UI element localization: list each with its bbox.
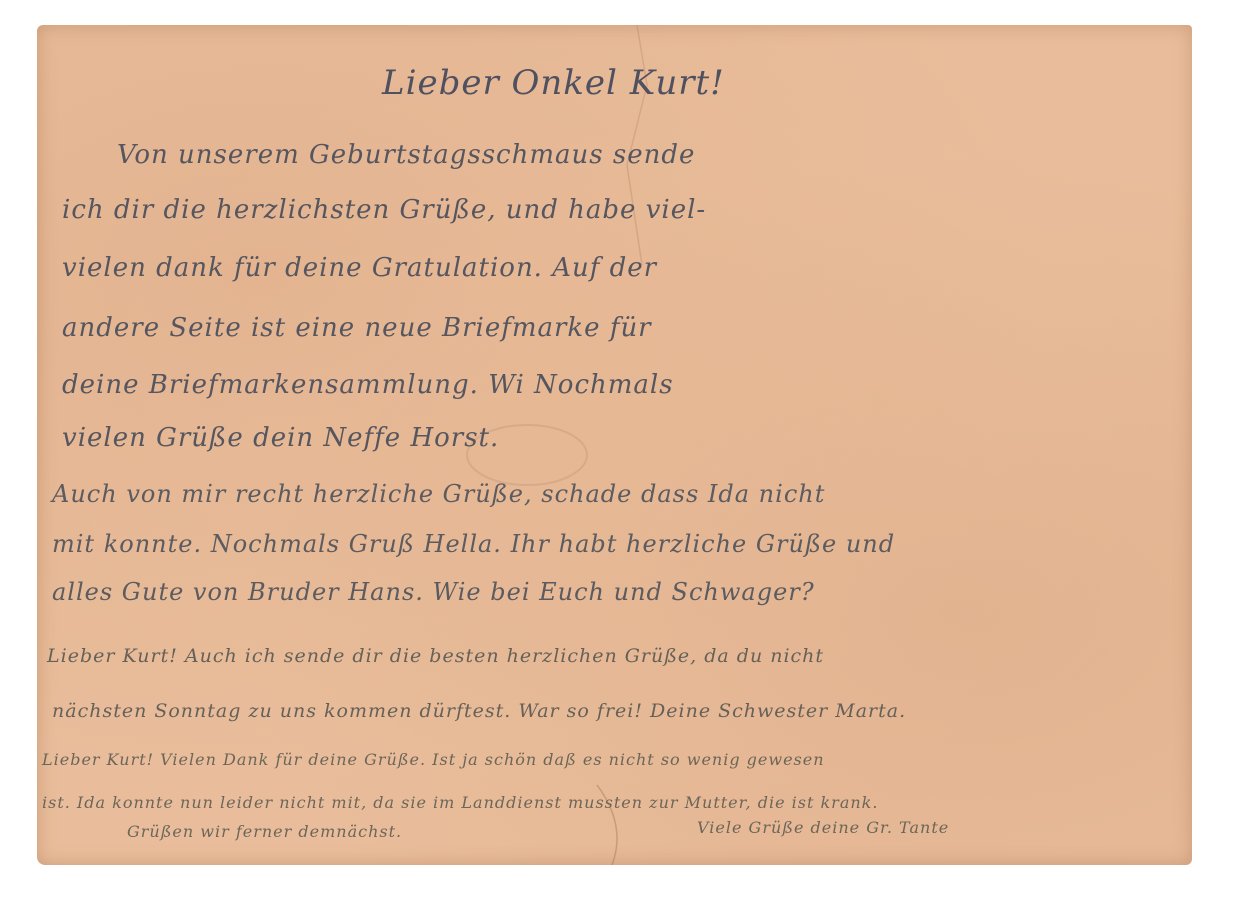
third-line-2: nächsten Sonntag zu uns kommen dürftest.…	[52, 700, 906, 722]
horst-line-3: vielen dank für deine Gratulation. Auf d…	[62, 253, 657, 283]
horst-line-4: andere Seite ist eine neue Briefmarke fü…	[62, 313, 652, 343]
second-line-3: alles Gute von Bruder Hans. Wie bei Euch…	[52, 578, 815, 606]
horst-line-5: deine Briefmarkensammlung. Wi Nochmals	[62, 370, 674, 400]
greeting: Lieber Onkel Kurt!	[382, 63, 725, 103]
second-line-2: mit konnte. Nochmals Gruß Hella. Ihr hab…	[52, 530, 895, 558]
horst-line-2: ich dir die herzlichsten Grüße, und habe…	[62, 195, 706, 225]
fourth-line-1: Lieber Kurt! Vielen Dank für deine Grüße…	[42, 750, 825, 769]
horst-line-6: vielen Grüße dein Neffe Horst.	[62, 423, 499, 453]
horst-line-1: Von unserem Geburtstagsschmaus sende	[117, 140, 695, 170]
fourth-line-2: ist. Ida konnte nun leider nicht mit, da…	[42, 793, 878, 812]
second-line-1: Auch von mir recht herzliche Grüße, scha…	[52, 480, 825, 508]
fourth-line-4: Viele Grüße deine Gr. Tante	[697, 818, 949, 837]
fourth-line-3: Grüßen wir ferner demnächst.	[127, 822, 402, 841]
postcard: Lieber Onkel Kurt! Von unserem Geburtsta…	[37, 25, 1192, 865]
third-line-1: Lieber Kurt! Auch ich sende dir die best…	[47, 645, 824, 667]
